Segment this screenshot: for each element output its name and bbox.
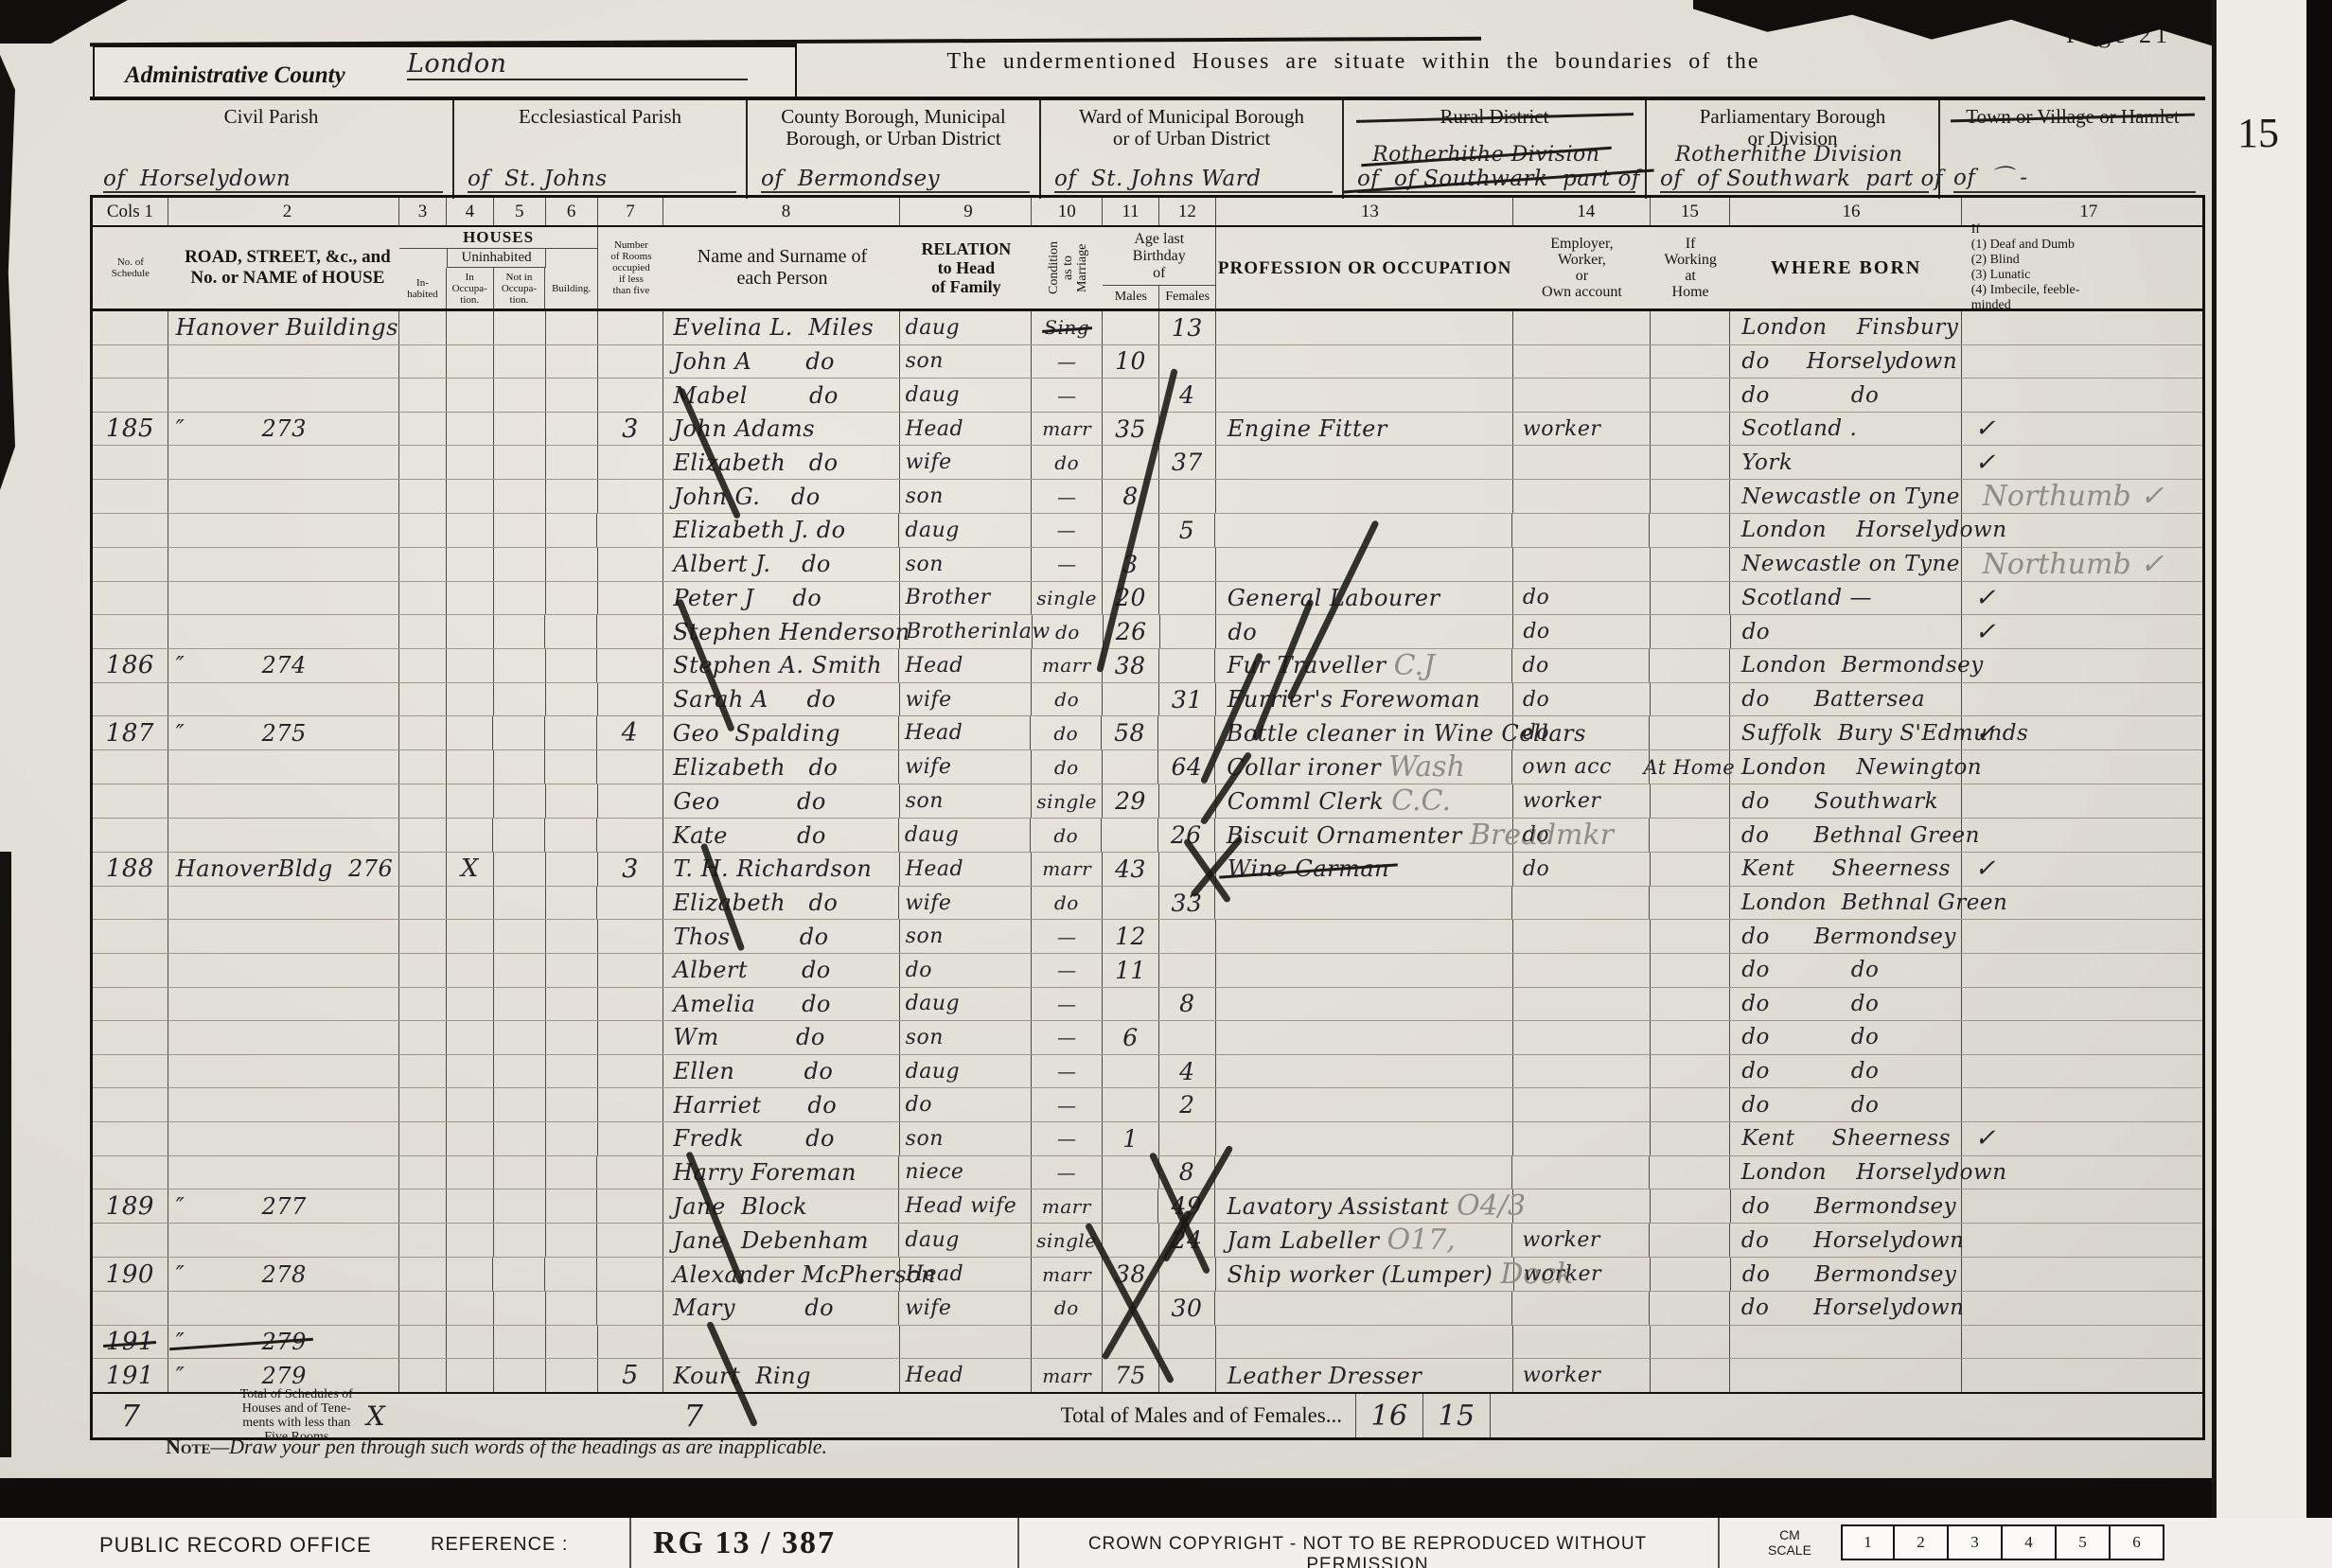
cell-age-male: 12 bbox=[1103, 920, 1159, 953]
pencil-annotation: Northumb ✓ bbox=[1983, 548, 2164, 581]
cell-road bbox=[168, 582, 399, 615]
administrative-county-value: London bbox=[407, 49, 748, 80]
cell-inhabited bbox=[399, 615, 447, 648]
census-row: Wm doson—6do do bbox=[93, 1021, 2202, 1055]
cell-occupation bbox=[1216, 1326, 1513, 1359]
cell-building bbox=[546, 548, 598, 581]
cell-not-in-occupation bbox=[494, 345, 546, 379]
cell-inhabited bbox=[399, 1224, 447, 1257]
cell-rooms bbox=[598, 1055, 664, 1088]
handwritten-entry: — bbox=[1057, 1161, 1077, 1184]
cell-relation: Brother bbox=[900, 582, 1033, 615]
cell-inhabited bbox=[399, 954, 447, 987]
cell-employer bbox=[1512, 1292, 1650, 1325]
cell-employer: do bbox=[1513, 716, 1651, 749]
pencil-annotation: O17, bbox=[1387, 1224, 1456, 1257]
handwritten-entry: worker bbox=[1523, 417, 1600, 441]
cell-rooms bbox=[597, 887, 663, 920]
cell-schedule: 191 bbox=[93, 1359, 168, 1392]
handwritten-entry: York bbox=[1741, 450, 1793, 475]
header-houses: HOUSES bbox=[399, 227, 597, 249]
handwritten-entry: 38 bbox=[1115, 652, 1146, 679]
cell-condition: — bbox=[1032, 480, 1103, 513]
header-in-occupation: In Occupa- tion. bbox=[447, 268, 494, 308]
census-row: 187″ 2754Geo SpaldingHeaddo58Bottle clea… bbox=[93, 716, 2202, 750]
handwritten-entry: of St. Johns bbox=[468, 167, 608, 191]
cell-inhabited bbox=[399, 988, 447, 1021]
cell-uninhabited-in-occupation bbox=[447, 716, 494, 749]
cell-relation: Brotherinlaw bbox=[900, 615, 1033, 648]
handwritten-entry: do bbox=[1523, 857, 1549, 881]
cell-age-female: 13 bbox=[1159, 311, 1216, 344]
handwritten-entry: worker bbox=[1523, 789, 1600, 813]
district-5: Parliamentary Borough or DivisionRotherh… bbox=[1647, 100, 1940, 199]
cell-infirmity bbox=[1962, 1326, 2202, 1359]
handwritten-entry: Rotherhithe Division bbox=[1675, 143, 1902, 167]
cell-condition: — bbox=[1032, 379, 1103, 412]
cell-relation: Head bbox=[899, 716, 1032, 749]
cell-infirmity: ✓ bbox=[1962, 446, 2202, 479]
handwritten-entry: of Bermondsey bbox=[761, 167, 940, 191]
cell-age-male bbox=[1103, 1055, 1159, 1088]
cell-employer: worker bbox=[1512, 1224, 1650, 1257]
handwritten-entry: Mary do bbox=[673, 1295, 834, 1321]
cell-schedule bbox=[93, 1055, 168, 1088]
cell-schedule bbox=[93, 819, 168, 852]
cell-at-home bbox=[1650, 649, 1730, 682]
cell-uninhabited-in-occupation bbox=[447, 1258, 494, 1291]
cell-where-born: do Southwark bbox=[1730, 784, 1961, 818]
district-value: of of Southwark part of bbox=[1660, 167, 1929, 193]
handwritten-entry: Amelia do bbox=[673, 991, 831, 1017]
cell-condition: do bbox=[1032, 887, 1103, 920]
cell-condition: — bbox=[1032, 514, 1103, 547]
footer-reference-label: REFERENCE : bbox=[431, 1534, 568, 1556]
cell-inhabited bbox=[399, 1088, 447, 1121]
cell-where-born: Suffolk Bury S'Edmunds bbox=[1730, 716, 1962, 749]
handwritten-entry: of Horselydown bbox=[103, 167, 291, 191]
cell-name: Harriet do bbox=[663, 1088, 899, 1121]
census-row: Elizabeth dowifedo64Collar ironerWashown… bbox=[93, 750, 2202, 784]
cell-where-born: do do bbox=[1730, 1021, 1961, 1054]
cell-relation: daug bbox=[899, 819, 1032, 852]
cell-building bbox=[545, 819, 597, 852]
cell-employer bbox=[1513, 1326, 1651, 1359]
column-number-row: Cols 1234567891011121314151617 bbox=[93, 198, 2202, 227]
handwritten-entry: Mabel do bbox=[673, 382, 838, 409]
handwritten-entry: ✓ bbox=[1975, 584, 1996, 612]
cell-employer bbox=[1512, 514, 1650, 547]
cell-uninhabited-in-occupation bbox=[447, 784, 494, 818]
handwritten-entry: do do bbox=[1741, 992, 1879, 1016]
header-uninhabited: Uninhabited bbox=[447, 249, 546, 268]
cell-building bbox=[546, 1088, 598, 1121]
cell-relation: son bbox=[900, 548, 1033, 581]
cell-schedule bbox=[93, 345, 168, 379]
cell-relation: niece bbox=[899, 1156, 1032, 1189]
cell-relation: son bbox=[900, 1021, 1033, 1054]
cell-building bbox=[546, 1122, 598, 1155]
handwritten-entry: 191 bbox=[106, 1328, 154, 1356]
handwritten-entry: 2 bbox=[1179, 1091, 1194, 1119]
cell-rooms bbox=[597, 1292, 663, 1325]
cell-rooms: 3 bbox=[598, 413, 664, 446]
handwritten-entry: ✓ bbox=[1975, 449, 1996, 477]
cell-age-female bbox=[1159, 1021, 1216, 1054]
handwritten-entry: 186 bbox=[106, 651, 154, 679]
handwritten-entry: of ⌒ ‑ bbox=[1953, 166, 2028, 190]
cell-inhabited bbox=[399, 853, 447, 886]
handwritten-entry: John G. do bbox=[673, 484, 820, 510]
cell-inhabited bbox=[399, 1359, 447, 1392]
cell-name: Alexander McPherson bbox=[663, 1258, 900, 1291]
cell-condition: marr bbox=[1032, 1359, 1103, 1392]
handwritten-entry: 43 bbox=[1115, 855, 1146, 883]
footer-separator bbox=[629, 1518, 631, 1568]
cell-relation: wife bbox=[899, 887, 1032, 920]
cell-employer bbox=[1513, 379, 1651, 412]
cell-infirmity bbox=[1962, 379, 2202, 412]
cell-building bbox=[546, 1021, 598, 1054]
cell-inhabited bbox=[399, 716, 447, 749]
cell-schedule: 187 bbox=[93, 716, 168, 749]
table-header-row: No. of Schedule ROAD, STREET, &c., and N… bbox=[93, 227, 2202, 311]
cell-rooms bbox=[598, 954, 664, 987]
cell-infirmity bbox=[1962, 988, 2202, 1021]
cell-rooms bbox=[598, 582, 664, 615]
handwritten-entry: ″ 277 bbox=[176, 1193, 307, 1220]
district-label: Town or Village or Hamlet bbox=[1940, 106, 2205, 128]
totals-row: 7 Total of Schedules of Houses and of Te… bbox=[93, 1392, 2202, 1437]
cell-relation: do bbox=[900, 1088, 1033, 1121]
handwritten-entry: Leather Dresser bbox=[1228, 1363, 1422, 1389]
cell-employer: worker bbox=[1513, 413, 1651, 446]
cell-schedule: 188 bbox=[93, 853, 168, 886]
handwritten-entry: Fredk do bbox=[673, 1125, 835, 1152]
cell-uninhabited-in-occupation bbox=[447, 1088, 494, 1121]
handwritten-entry: of of Southwark part of bbox=[1660, 167, 1943, 191]
cell-at-home bbox=[1651, 548, 1731, 581]
census-row: Stephen HendersonBrotherinlawdo26dododo✓ bbox=[93, 615, 2202, 649]
cell-building bbox=[545, 716, 597, 749]
cell-condition: marr bbox=[1032, 1189, 1103, 1223]
cell-name: Thos do bbox=[663, 920, 899, 953]
cell-employer bbox=[1513, 988, 1651, 1021]
handwritten-entry: Albert J. do bbox=[673, 551, 831, 577]
handwritten-entry: do Horselydown bbox=[1741, 1295, 1965, 1320]
cell-employer: do bbox=[1513, 582, 1651, 615]
cell-schedule bbox=[93, 988, 168, 1021]
census-row: Ellen dodaug—4do do bbox=[93, 1055, 2202, 1089]
ruler-cell: 3 bbox=[1949, 1524, 2003, 1560]
cell-relation: wife bbox=[900, 683, 1033, 716]
cell-schedule bbox=[93, 920, 168, 953]
cell-age-female bbox=[1159, 582, 1216, 615]
cell-road: ″ 277 bbox=[168, 1189, 399, 1223]
handwritten-entry: do bbox=[1053, 824, 1078, 847]
handwritten-entry: ″ 279 bbox=[176, 1363, 307, 1389]
cell-relation: wife bbox=[900, 446, 1033, 479]
cell-not-in-occupation bbox=[494, 1021, 546, 1054]
cell-inhabited bbox=[399, 446, 447, 479]
handwritten-entry: — bbox=[1057, 925, 1077, 948]
cell-schedule bbox=[93, 1021, 168, 1054]
handwritten-entry: worker bbox=[1522, 1228, 1599, 1252]
cell-condition: do bbox=[1033, 615, 1104, 648]
cell-infirmity bbox=[1962, 683, 2202, 716]
total-schedules: 7 bbox=[93, 1394, 168, 1437]
cell-age-male bbox=[1103, 311, 1159, 344]
cell-not-in-occupation bbox=[494, 446, 546, 479]
cell-at-home bbox=[1651, 784, 1731, 818]
header-infirmity: If (1) Deaf and Dumb (2) Blind (3) Lunat… bbox=[1962, 227, 2202, 308]
cell-where-born: do do bbox=[1730, 988, 1961, 1021]
handwritten-entry: do bbox=[1054, 1296, 1079, 1319]
cell-name: Elizabeth do bbox=[663, 887, 899, 920]
cell-age-female: 33 bbox=[1159, 887, 1216, 920]
handwritten-entry: do do bbox=[1741, 1059, 1879, 1084]
cell-uninhabited-in-occupation bbox=[447, 379, 494, 412]
handwritten-entry: Sing bbox=[1044, 316, 1089, 339]
cell-age-male: 8 bbox=[1103, 480, 1159, 513]
cell-not-in-occupation bbox=[494, 853, 546, 886]
cell-building bbox=[546, 1055, 598, 1088]
cell-inhabited bbox=[399, 819, 447, 852]
cell-infirmity bbox=[1962, 819, 2202, 852]
cell-occupation bbox=[1216, 379, 1513, 412]
cell-rooms bbox=[597, 615, 663, 648]
col-number-at-home: 15 bbox=[1651, 198, 1731, 225]
cell-uninhabited-in-occupation bbox=[447, 1189, 494, 1223]
census-row: Mabel dodaug—4do do bbox=[93, 379, 2202, 413]
cell-uninhabited-in-occupation: X bbox=[447, 853, 494, 886]
cell-employer bbox=[1513, 1021, 1651, 1054]
header-working-at-home: If Working at Home bbox=[1651, 227, 1731, 308]
handwritten-entry: do bbox=[1054, 756, 1079, 779]
handwritten-entry: — bbox=[1057, 350, 1077, 373]
cell-not-in-occupation bbox=[494, 379, 546, 412]
handwritten-entry: Head bbox=[906, 417, 963, 441]
cell-road bbox=[168, 514, 399, 547]
handwritten-entry: marr bbox=[1042, 857, 1091, 880]
cell-age-male: 29 bbox=[1103, 784, 1159, 818]
cell-where-born bbox=[1730, 1326, 1961, 1359]
cell-infirmity bbox=[1962, 514, 2202, 547]
cell-rooms: 3 bbox=[598, 853, 664, 886]
cell-relation: daug bbox=[900, 379, 1033, 412]
cell-inhabited bbox=[399, 582, 447, 615]
handwritten-entry: 10 bbox=[1115, 347, 1146, 375]
cell-infirmity bbox=[1962, 750, 2202, 784]
handwritten-entry: do Horselydown bbox=[1741, 1228, 1965, 1253]
cell-infirmity: ✓ bbox=[1962, 1122, 2202, 1155]
handwritten-entry: 64 bbox=[1171, 753, 1202, 781]
handwritten-entry: daug bbox=[906, 1060, 960, 1084]
handwritten-entry: Ellen do bbox=[673, 1058, 833, 1084]
cell-inhabited bbox=[399, 1326, 447, 1359]
cell-inhabited bbox=[399, 1122, 447, 1155]
handwritten-entry: do do bbox=[1741, 958, 1879, 982]
cell-age-female bbox=[1159, 954, 1216, 987]
cell-employer bbox=[1513, 1055, 1651, 1088]
district-4: Rural DistrictRotherhithe Divisionof of … bbox=[1344, 100, 1647, 199]
cell-at-home bbox=[1651, 582, 1731, 615]
handwritten-entry: son bbox=[906, 553, 944, 576]
cell-rooms bbox=[598, 988, 664, 1021]
cell-employer bbox=[1513, 1088, 1651, 1121]
margin-strip: 15 bbox=[2212, 0, 2306, 1568]
cell-employer bbox=[1513, 1189, 1651, 1223]
cell-not-in-occupation bbox=[494, 582, 546, 615]
handwritten-entry: do Bermondsey bbox=[1741, 925, 1956, 949]
footer-reference: RG 13 / 387 bbox=[653, 1525, 836, 1561]
cell-schedule: 190 bbox=[93, 1258, 168, 1291]
handwritten-entry: London Finsbury bbox=[1741, 315, 1958, 340]
cell-where-born: do do bbox=[1730, 954, 1961, 987]
cell-uninhabited-in-occupation bbox=[447, 1156, 494, 1189]
cell-name: T. H. Richardson bbox=[663, 853, 899, 886]
ruler-cell: 1 bbox=[1841, 1524, 1895, 1560]
cell-at-home bbox=[1651, 1258, 1731, 1291]
handwritten-entry: 1 bbox=[1122, 1125, 1138, 1153]
cell-relation: Head bbox=[900, 1258, 1033, 1291]
cell-where-born: London Bermondsey bbox=[1730, 649, 1962, 682]
cell-rooms bbox=[597, 750, 663, 784]
handwritten-entry: worker bbox=[1524, 1262, 1601, 1286]
census-table: Cols 1234567891011121314151617 No. of Sc… bbox=[90, 195, 2205, 1440]
handwritten-entry: Elizabeth do bbox=[673, 754, 838, 781]
handwritten-entry: do Southwark bbox=[1741, 789, 1938, 814]
cell-uninhabited-in-occupation bbox=[447, 988, 494, 1021]
census-row: 189″ 277Jane BlockHead wifemarr49Lavator… bbox=[93, 1189, 2202, 1224]
cell-occupation bbox=[1216, 1088, 1513, 1121]
cell-inhabited bbox=[399, 345, 447, 379]
cell-not-in-occupation bbox=[494, 649, 546, 682]
cell-rooms bbox=[598, 480, 664, 513]
handwritten-entry: marr bbox=[1042, 1195, 1091, 1218]
cell-building bbox=[545, 1258, 597, 1291]
census-row: Hanover BuildingsEvelina L. MilesdaugSin… bbox=[93, 311, 2202, 345]
handwritten-entry: Newcastle on Tyne bbox=[1741, 552, 1960, 576]
cell-employer bbox=[1513, 311, 1651, 344]
col-number-infirmity: 17 bbox=[1962, 198, 2202, 225]
handwritten-entry: do Bermondsey bbox=[1742, 1262, 1957, 1287]
cell-condition: marr bbox=[1032, 413, 1103, 446]
cell-occupation bbox=[1216, 1055, 1513, 1088]
handwritten-entry: 4 bbox=[1179, 381, 1194, 409]
cell-infirmity bbox=[1962, 920, 2202, 953]
cell-road bbox=[168, 1156, 399, 1189]
cell-age-male: 75 bbox=[1103, 1359, 1159, 1392]
col-number-rooms: 7 bbox=[598, 198, 664, 225]
handwritten-entry: Hanover Buildings bbox=[176, 314, 398, 341]
cell-rooms bbox=[597, 1224, 663, 1257]
cell-rooms bbox=[597, 514, 663, 547]
cell-at-home bbox=[1650, 819, 1730, 852]
cell-relation: Head wife bbox=[899, 1189, 1032, 1223]
header-condition: Condition as to Marriage bbox=[1033, 227, 1104, 308]
handwritten-entry: ″ 273 bbox=[176, 415, 307, 442]
cell-building bbox=[546, 311, 598, 344]
cell-occupation bbox=[1216, 480, 1513, 513]
cell-at-home bbox=[1651, 1021, 1731, 1054]
cell-where-born: do do bbox=[1730, 1055, 1961, 1088]
cell-at-home bbox=[1651, 1122, 1731, 1155]
cell-condition: marr bbox=[1032, 649, 1103, 682]
cell-infirmity bbox=[1962, 1156, 2202, 1189]
cell-name: Mabel do bbox=[663, 379, 899, 412]
cell-employer bbox=[1513, 446, 1651, 479]
cell-name: Evelina L. Miles bbox=[663, 311, 899, 344]
cell-inhabited bbox=[399, 1292, 447, 1325]
cell-schedule bbox=[93, 1224, 168, 1257]
cell-road bbox=[168, 1122, 399, 1155]
cell-inhabited bbox=[399, 649, 447, 682]
cell-building bbox=[546, 920, 598, 953]
handwritten-entry: ✓ bbox=[1975, 618, 1996, 646]
cell-schedule bbox=[93, 1088, 168, 1121]
cell-inhabited bbox=[399, 887, 447, 920]
cell-inhabited bbox=[399, 1055, 447, 1088]
cell-uninhabited-in-occupation bbox=[447, 413, 494, 446]
cell-name: Ellen do bbox=[663, 1055, 899, 1088]
cell-condition: do bbox=[1032, 750, 1103, 784]
handwritten-entry: do Battersea bbox=[1741, 687, 1925, 712]
district-value: of ⌒ ‑ bbox=[1953, 160, 2196, 193]
header-not-in-occupation: Not in Occupa- tion. bbox=[494, 268, 546, 308]
cell-not-in-occupation bbox=[494, 311, 546, 344]
ruler-cell: 2 bbox=[1895, 1524, 1949, 1560]
district-value-2: Rotherhithe Division bbox=[1372, 143, 1599, 167]
handwritten-entry: Alexander McPherson bbox=[673, 1261, 936, 1288]
cell-name: Sarah A do bbox=[663, 683, 899, 716]
cell-at-home bbox=[1651, 853, 1731, 886]
cell-condition: single bbox=[1032, 784, 1103, 818]
cell-occupation bbox=[1216, 1122, 1513, 1155]
handwritten-entry: ✓ bbox=[1975, 854, 1996, 883]
cell-employer: worker bbox=[1514, 1258, 1652, 1291]
cell-occupation: do bbox=[1216, 615, 1513, 648]
cell-building bbox=[546, 988, 598, 1021]
district-2: County Borough, Municipal Borough, or Ur… bbox=[748, 100, 1041, 199]
cell-condition: — bbox=[1032, 548, 1103, 581]
cell-at-home bbox=[1651, 480, 1731, 513]
cell-infirmity bbox=[1962, 954, 2202, 987]
census-row: Kate dodaugdo26Biscuit OrnamenterBreadmk… bbox=[93, 819, 2202, 853]
cell-employer bbox=[1513, 954, 1651, 987]
cell-road bbox=[168, 1021, 399, 1054]
cell-relation: wife bbox=[899, 1292, 1032, 1325]
cell-building bbox=[546, 379, 598, 412]
cell-employer bbox=[1512, 887, 1650, 920]
cell-building bbox=[546, 1292, 598, 1325]
census-row: Peter J doBrothersingle20General Laboure… bbox=[93, 582, 2202, 616]
cell-rooms bbox=[597, 1156, 663, 1189]
cell-condition: — bbox=[1032, 1088, 1103, 1121]
cell-infirmity bbox=[1962, 1055, 2202, 1088]
handwritten-entry: wife bbox=[906, 450, 952, 474]
cell-occupation: Leather Dresser bbox=[1216, 1359, 1513, 1392]
cell-age-female bbox=[1159, 1258, 1216, 1291]
cell-occupation: Engine Fitter bbox=[1216, 413, 1513, 446]
handwritten-entry: 29 bbox=[1115, 787, 1146, 815]
handwritten-entry: Elizabeth do bbox=[673, 449, 838, 476]
handwritten-entry: 191 bbox=[106, 1362, 154, 1390]
handwritten-entry: — bbox=[1057, 384, 1077, 407]
total-rest bbox=[1490, 1394, 2202, 1437]
cell-occupation bbox=[1216, 446, 1513, 479]
district-label: Ward of Municipal Borough or of Urban Di… bbox=[1041, 106, 1342, 150]
